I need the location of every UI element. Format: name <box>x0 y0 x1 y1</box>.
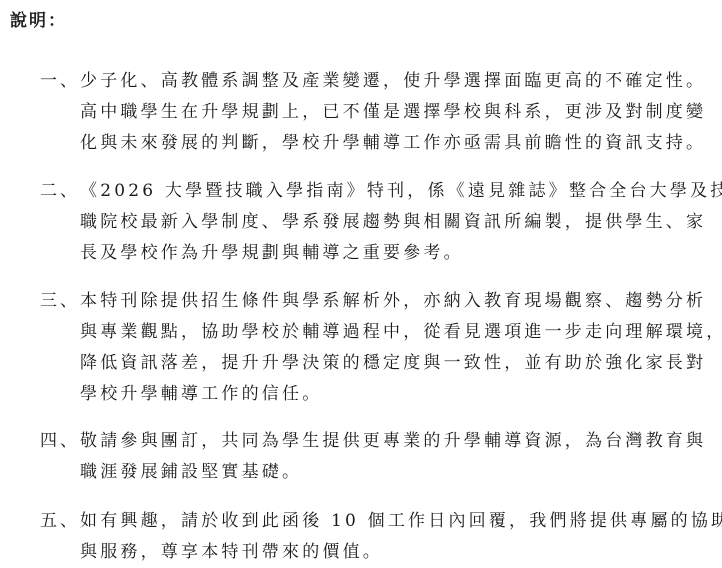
list-item-2: 二、 《2026 大學暨技職入學指南》特刊，係《遠見雜誌》整合全台大學及技 職院… <box>40 176 710 269</box>
item-line: 《2026 大學暨技職入學指南》特刊，係《遠見雜誌》整合全台大學及技 <box>80 176 710 207</box>
list-item-5: 五、 如有興趣，請於收到此函後 10 個工作日內回覆，我們將提供專屬的協助 與服… <box>40 506 710 568</box>
item-line: 敬請參與團訂，共同為學生提供更專業的升學輔導資源，為台灣教育與 <box>80 426 710 457</box>
item-line: 如有興趣，請於收到此函後 10 個工作日內回覆，我們將提供專屬的協助 <box>80 506 710 537</box>
section-heading: 說明： <box>10 6 67 31</box>
item-line: 與專業觀點，協助學校於輔導過程中，從看見選項進一步走向理解環境， <box>80 317 710 348</box>
item-marker: 四、 <box>40 426 80 457</box>
item-line: 高中職學生在升學規劃上，已不僅是選擇學校與科系，更涉及對制度變 <box>80 97 710 128</box>
item-line: 降低資訊落差，提升升學決策的穩定度與一致性，並有助於強化家長對 <box>80 348 710 379</box>
item-line: 化與未來發展的判斷，學校升學輔導工作亦亟需具前瞻性的資訊支持。 <box>80 128 710 159</box>
item-marker: 五、 <box>40 506 80 537</box>
item-marker: 二、 <box>40 176 80 207</box>
item-line: 少子化、高教體系調整及產業變遷，使升學選擇面臨更高的不確定性。 <box>80 66 710 97</box>
item-line: 與服務，尊享本特刊帶來的價值。 <box>80 537 710 568</box>
item-marker: 三、 <box>40 286 80 317</box>
list-item-3: 三、 本特刊除提供招生條件與學系解析外，亦納入教育現場觀察、趨勢分析 與專業觀點… <box>40 286 710 410</box>
item-line: 本特刊除提供招生條件與學系解析外，亦納入教育現場觀察、趨勢分析 <box>80 286 710 317</box>
list-item-1: 一、 少子化、高教體系調整及產業變遷，使升學選擇面臨更高的不確定性。 高中職學生… <box>40 66 710 159</box>
item-line: 職院校最新入學制度、學系發展趨勢與相關資訊所編製，提供學生、家 <box>80 207 710 238</box>
item-line: 學校升學輔導工作的信任。 <box>80 379 710 410</box>
item-line: 長及學校作為升學規劃與輔導之重要參考。 <box>80 238 710 269</box>
list-item-4: 四、 敬請參與團訂，共同為學生提供更專業的升學輔導資源，為台灣教育與 職涯發展鋪… <box>40 426 710 488</box>
item-line: 職涯發展鋪設堅實基礎。 <box>80 457 710 488</box>
item-marker: 一、 <box>40 66 80 97</box>
